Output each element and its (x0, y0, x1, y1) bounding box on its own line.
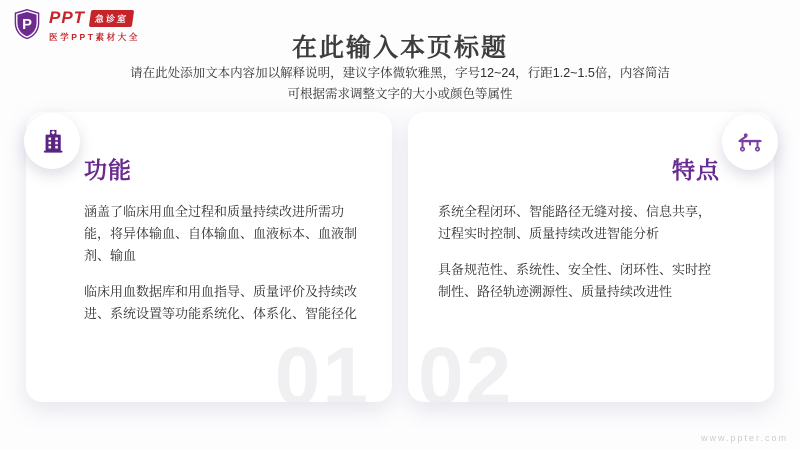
card-features-heading: 特点 (438, 152, 720, 185)
hospital-building-icon (38, 127, 66, 155)
features-icon-badge (722, 114, 778, 170)
card-functions-heading: 功能 (84, 152, 366, 185)
card-features: 特点 系统全程闭环、智能路径无缝对接、信息共享，过程实时控制、质量持续改进智能分… (408, 112, 774, 402)
card-number-02: 02 (418, 336, 513, 402)
logo-badge: 急诊室 (89, 10, 134, 27)
card-number-01: 01 (275, 336, 370, 402)
footer-url: www.ppter.com (701, 433, 788, 443)
card-features-paragraph-2: 具备规范性、系统性、安全性、闭环性、实时控制性、路径轨迹溯源性、质量持续改进性 (438, 259, 720, 303)
logo-brand-text: PPT (49, 8, 85, 28)
card-functions-paragraph-1: 涵盖了临床用血全过程和质量持续改进所需功能，将异体输血、自体输血、血液标本、血液… (84, 201, 366, 267)
card-functions: 功能 涵盖了临床用血全过程和质量持续改进所需功能，将异体输血、自体输血、血液标本… (26, 112, 392, 402)
functions-icon-badge (24, 113, 80, 169)
subtitle-line-2: 可根据需求调整文字的大小或颜色等属性 (0, 84, 800, 105)
page-title: 在此输入本页标题 (0, 28, 800, 64)
page-subtitle: 请在此处添加文本内容加以解释说明，建议字体微软雅黑，字号12~24，行距1.2~… (0, 63, 800, 105)
hospital-bed-icon (735, 127, 765, 157)
subtitle-line-1: 请在此处添加文本内容加以解释说明，建议字体微软雅黑，字号12~24，行距1.2~… (0, 63, 800, 84)
card-features-paragraph-1: 系统全程闭环、智能路径无缝对接、信息共享，过程实时控制、质量持续改进智能分析 (438, 201, 720, 245)
slide: P PPT 急诊室 医学PPT素材大全 在此输入本页标题 请在此处添加文本内容加… (0, 0, 800, 450)
card-functions-paragraph-2: 临床用血数据库和用血指导、质量评价及持续改进、系统设置等功能系统化、体系化、智能… (84, 281, 366, 325)
